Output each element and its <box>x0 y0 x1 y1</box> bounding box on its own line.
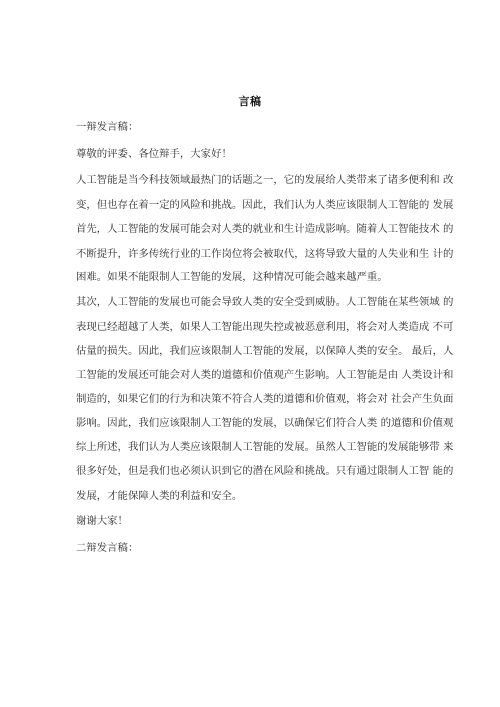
paragraph-line: 其次，人工智能的发展也可能会导致人类的安全受到威胁。人工智能在某些领域 的 <box>76 295 426 309</box>
speaker-heading-2: 二辩发言稿： <box>76 541 138 555</box>
paragraph-line: 困难。如果不能限制人工智能的发展，这种情况可能会越来越严重。 <box>76 270 388 284</box>
paragraph-line: 变，但也存在着一定的风险和挑战。因此，我们认为人类应该限制人工智能的 发展 <box>76 198 426 212</box>
paragraph-line: 影响。因此，我们应该限制人工智能的发展，以确保它们符合人类 的道德和价值观 <box>76 416 426 430</box>
document-title: 言稿 <box>0 93 500 109</box>
paragraph-line: 表现已经超越了人类，如果人工智能出现失控或被恶意利用，将会对人类造成 不可 <box>76 320 426 334</box>
paragraph-line: 估量的损失。因此，我们应该限制人工智能的发展，以保障人类的安全。 最后，人 <box>76 344 426 358</box>
paragraph-line: 很多好处，但是我们也必须认识到它的潜在风险和挑战。只有通过限制人工智 能的 <box>76 464 426 478</box>
speaker-heading-1: 一辩发言稿： <box>76 120 138 134</box>
paragraph-line: 发展，才能保障人类的利益和安全。 <box>76 489 242 503</box>
greeting: 尊敬的评委、各位辩手，大家好！ <box>76 147 232 161</box>
paragraph-line: 不断提升，许多传统行业的工作岗位将会被取代，这将导致大量的人失业和生 计的 <box>76 247 426 261</box>
paragraph-line: 工智能的发展还可能会对人类的道德和价值观产生影响。人工智能是由 人类设计和 <box>76 368 426 382</box>
paragraph-line: 制造的，如果它们的行为和决策不符合人类的道德和价值观，将会对 社会产生负面 <box>76 392 426 406</box>
paragraph-line: 首先，人工智能的发展可能会对人类的就业和生计造成影响。随着人工智能技术 的 <box>76 222 426 236</box>
document-page: 言稿 一辩发言稿： 尊敬的评委、各位辩手，大家好！ 人工智能是当今科技领域最热门… <box>0 0 500 707</box>
paragraph-line: 人工智能是当今科技领域最热门的话题之一，它的发展给人类带来了诸多便利和 改 <box>76 173 426 187</box>
closing-thanks: 谢谢大家！ <box>76 514 128 528</box>
paragraph-line: 综上所述，我们认为人类应该限制人工智能的发展。虽然人工智能的发展能够带 来 <box>76 440 426 454</box>
